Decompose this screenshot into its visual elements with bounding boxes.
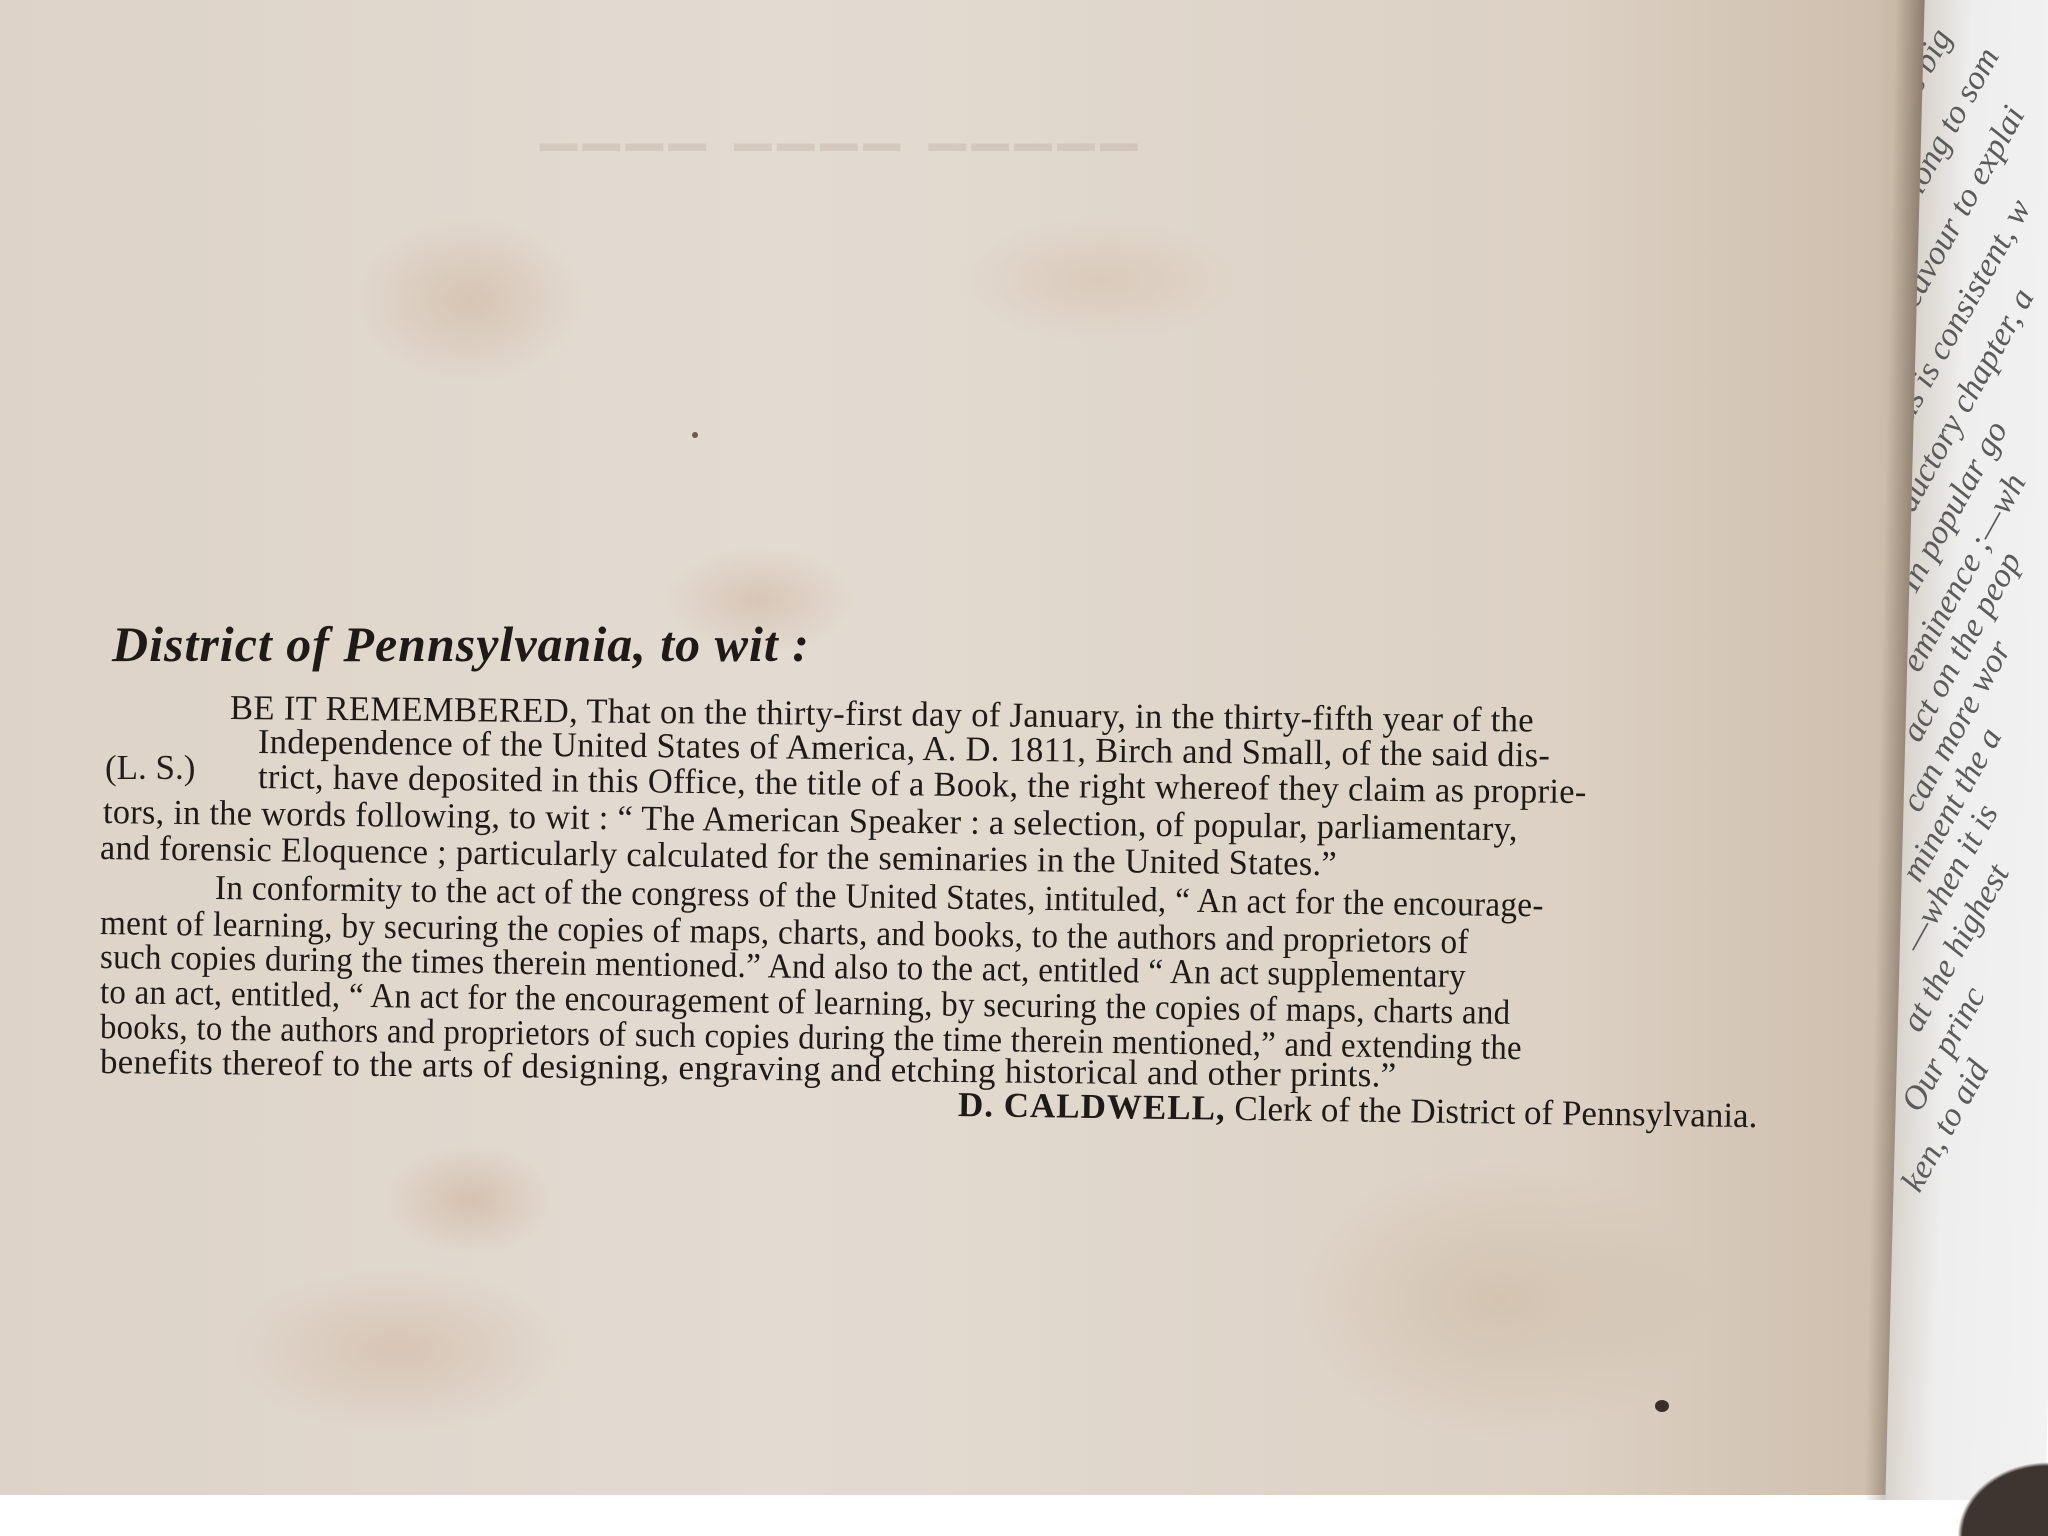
ink-spot bbox=[692, 432, 698, 438]
notice-heading: District of Pennsylvania, to wit : bbox=[112, 615, 810, 673]
clerk-title: Clerk of the District of Pennsylvania. bbox=[1234, 1089, 1757, 1135]
bleed-through-text: ▁▁▁▁ ▁▁▁▁ ▁▁▁▁▁ bbox=[540, 95, 1143, 151]
clerk-name: D. CALDWELL, bbox=[958, 1085, 1226, 1128]
ink-spot bbox=[1655, 1400, 1669, 1412]
seal-mark: (L. S.) bbox=[105, 748, 195, 788]
book-cover-corner bbox=[1938, 1446, 2048, 1536]
